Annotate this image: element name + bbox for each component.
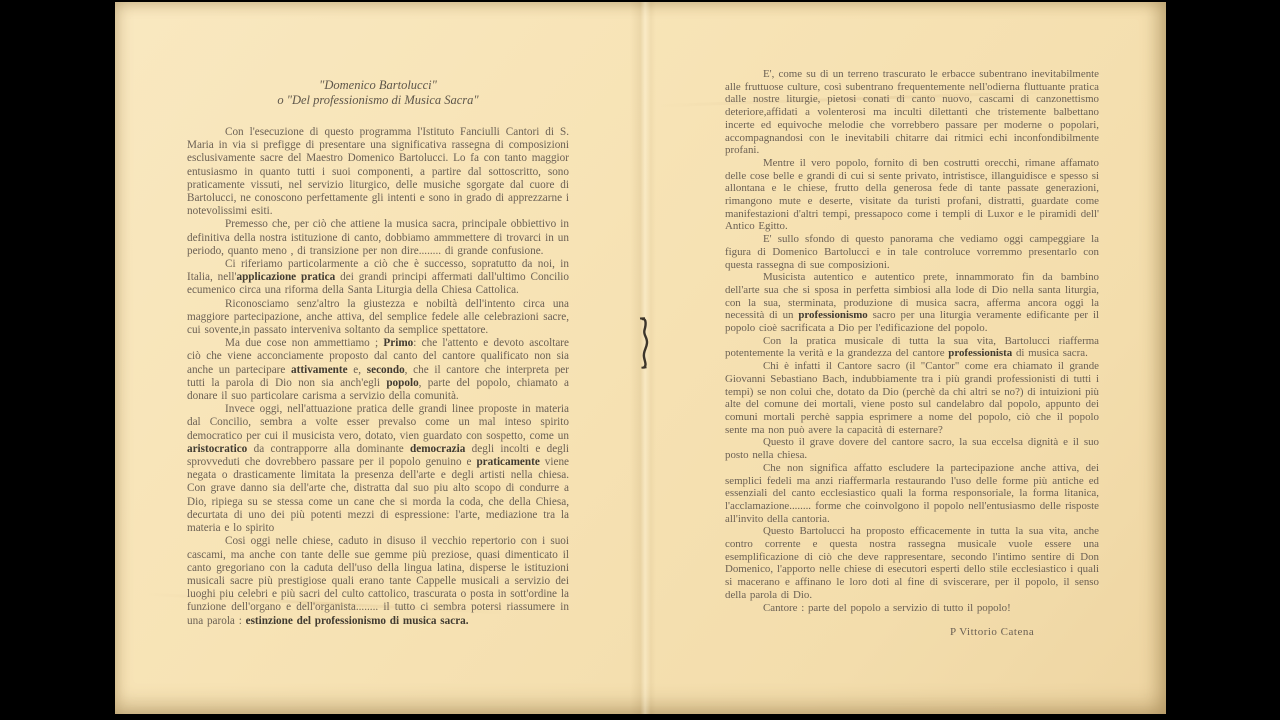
signature: P Vittorio Catena: [725, 626, 1099, 638]
paragraph: Cosi oggi nelle chiese, caduto in disuso…: [187, 535, 569, 627]
paragraph: Questo il grave dovere del cantore sacro…: [725, 436, 1099, 461]
paragraph: Invece oggi, nell'attuazione pratica del…: [187, 403, 569, 535]
paragraph: Cantore : parte del popolo a servizio di…: [725, 602, 1099, 615]
scanned-booklet: "Domenico Bartolucci" o "Del professioni…: [115, 2, 1166, 714]
paragraph: Premesso che, per ciò che attiene la mus…: [187, 218, 569, 258]
left-page: "Domenico Bartolucci" o "Del professioni…: [187, 78, 569, 628]
paragraph: Che non significa affatto escludere la p…: [725, 462, 1099, 526]
paragraph: Mentre il vero popolo, fornito di ben co…: [725, 157, 1099, 233]
title-line-1: "Domenico Bartolucci": [187, 78, 569, 93]
paragraph: E' sullo sfondo di questo panorama che v…: [725, 233, 1099, 271]
paragraph: E', come su di un terreno trascurato le …: [725, 68, 1099, 157]
paragraph: Riconosciamo senz'altro la giustezza e n…: [187, 298, 569, 338]
staple-icon: [636, 316, 652, 370]
paragraph: Questo Bartolucci ha proposto efficaceme…: [725, 525, 1099, 601]
paragraph: Ci riferiamo particolarmente a ciò che è…: [187, 258, 569, 298]
right-page: E', come su di un terreno trascurato le …: [725, 68, 1099, 638]
paragraph: Con l'esecuzione di questo programma l'I…: [187, 126, 569, 218]
paragraph: Chi è infatti il Cantore sacro (il "Cant…: [725, 360, 1099, 436]
title-line-2: o "Del professionismo di Musica Sacra": [187, 93, 569, 108]
paragraph: Con la pratica musicale di tutta la sua …: [725, 335, 1099, 360]
document-title: "Domenico Bartolucci" o "Del professioni…: [187, 78, 569, 108]
paragraph: Musicista autentico e autentico prete, i…: [725, 271, 1099, 335]
paragraph: Ma due cose non ammettiamo ; Primo: che …: [187, 337, 569, 403]
